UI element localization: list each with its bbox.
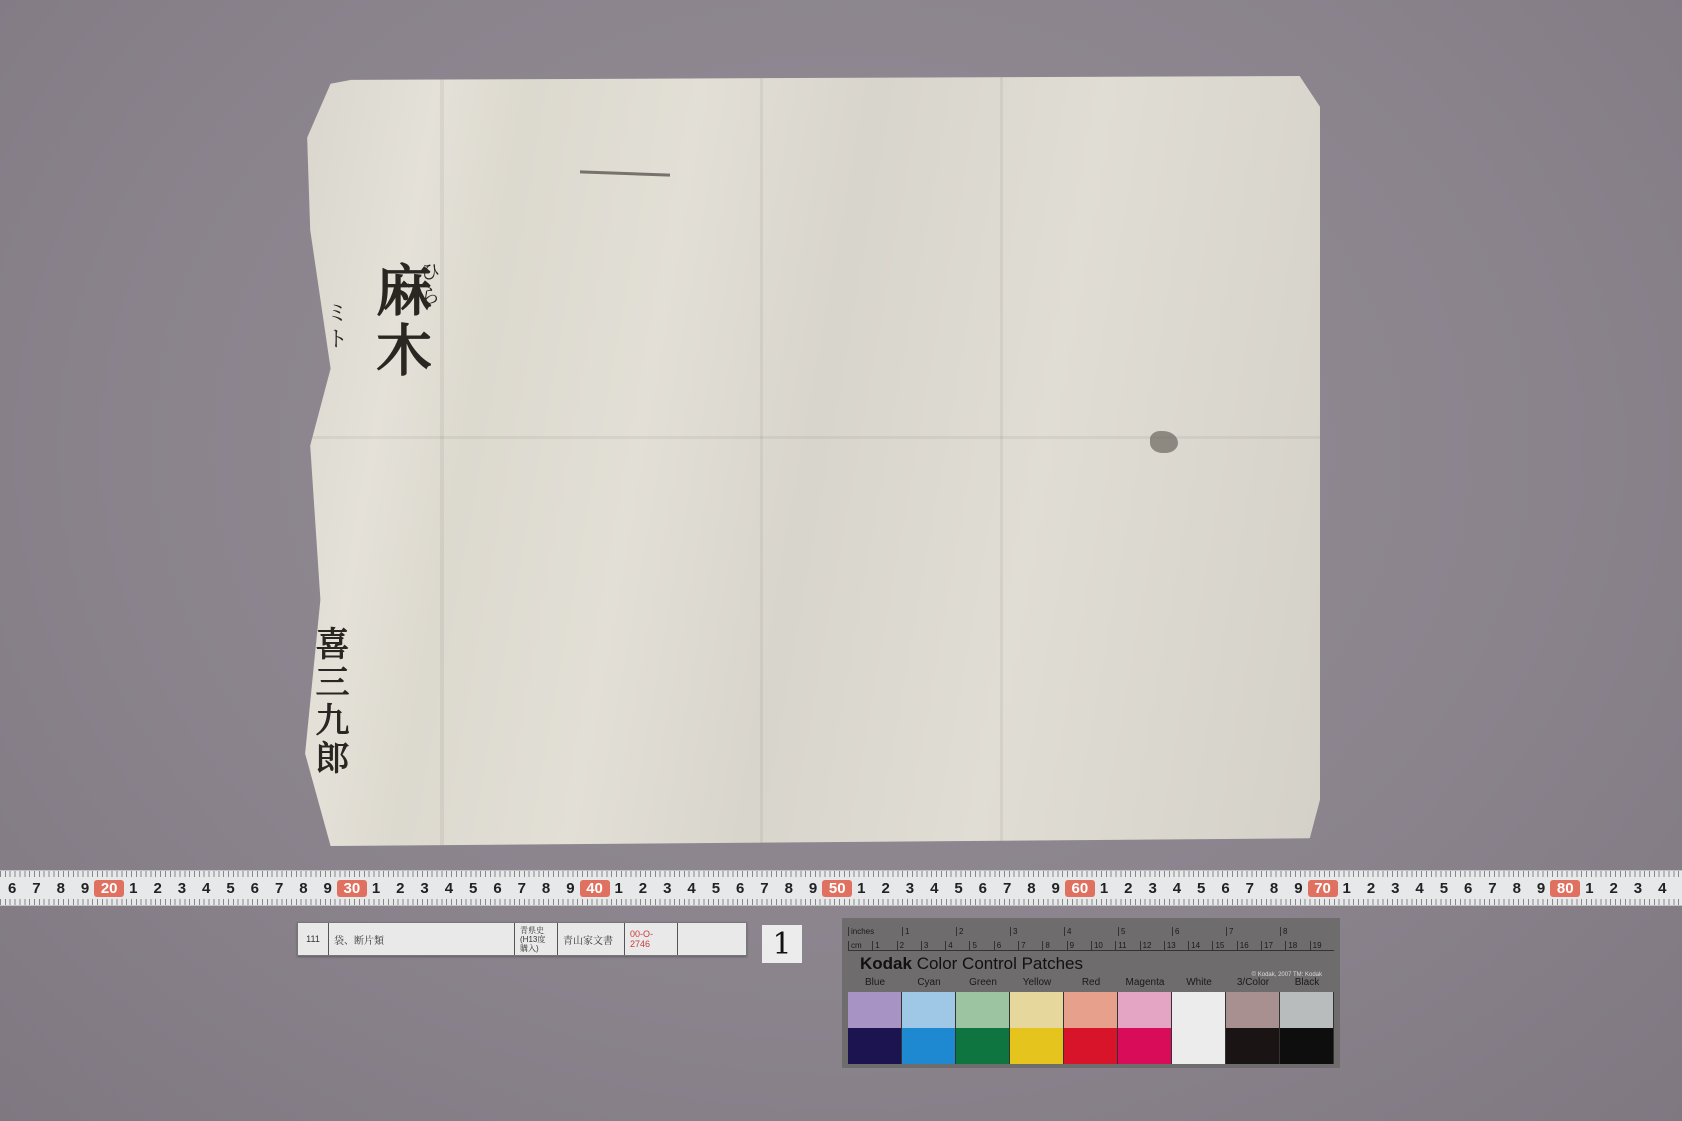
tape-tick-label: 7 xyxy=(267,880,291,897)
tape-tick-label: 70 xyxy=(1308,880,1338,897)
ruler-mark: 4 xyxy=(1064,927,1118,936)
label-blank xyxy=(678,923,746,955)
tape-tick-label: 5 xyxy=(1189,880,1213,897)
patch-name: 3/Color xyxy=(1226,977,1280,988)
ruler-mark: 13 xyxy=(1164,941,1188,950)
tape-tick-label: 2 xyxy=(1359,880,1383,897)
patch-dark xyxy=(848,1028,901,1064)
color-patch-3-color xyxy=(1226,992,1280,1064)
tape-tick-label: 8 xyxy=(49,880,73,897)
ruler-mark: 1 xyxy=(872,941,896,950)
patch-light xyxy=(1280,992,1333,1028)
ruler-mark: 4 xyxy=(945,941,969,950)
tape-tick-label: 9 xyxy=(1286,880,1310,897)
color-patch-magenta xyxy=(1118,992,1172,1064)
label-source: 青県史(H13度購入) xyxy=(515,923,558,955)
tape-tick-label: 1 xyxy=(849,880,873,897)
ruler-mark: 7 xyxy=(1018,941,1042,950)
ruler-mark: 3 xyxy=(921,941,945,950)
patch-light xyxy=(848,992,901,1028)
patch-name: Red xyxy=(1064,977,1118,988)
tape-tick-label: 3 xyxy=(898,880,922,897)
paper-stain xyxy=(1150,431,1178,453)
tape-tick-label: 5 xyxy=(704,880,728,897)
patch-light xyxy=(1064,992,1117,1028)
paper-crease xyxy=(1000,76,1003,846)
tape-tick-label: 1 xyxy=(607,880,631,897)
tape-tick-label: 8 xyxy=(534,880,558,897)
tape-tick-label: 1 xyxy=(1092,880,1116,897)
patch-dark xyxy=(956,1028,1009,1064)
patch-name: White xyxy=(1172,977,1226,988)
label-id: 00-O-2746 xyxy=(625,923,678,955)
ink-stroke-mark xyxy=(580,170,670,176)
ruler-mark: cm xyxy=(848,941,872,950)
color-patch-black xyxy=(1280,992,1334,1064)
tape-tick-label: 1 xyxy=(121,880,145,897)
tape-tick-label: 7 xyxy=(1238,880,1262,897)
patch-dark xyxy=(1010,1028,1063,1064)
tape-tick-label: 6 xyxy=(1456,880,1480,897)
color-patch-cyan xyxy=(902,992,956,1064)
tape-tick-label: 5 xyxy=(1432,880,1456,897)
ruler-mark: 8 xyxy=(1042,941,1066,950)
page-number-card: 1 xyxy=(762,925,802,963)
tape-tick-label: 60 xyxy=(1065,880,1095,897)
color-patch-white xyxy=(1172,992,1226,1064)
ruler-mark: 2 xyxy=(897,941,921,950)
patch-name: Yellow xyxy=(1010,977,1064,988)
tape-tick-label: 2 xyxy=(1602,880,1626,897)
tape-tick-label: 7 xyxy=(24,880,48,897)
tape-tick-label: 2 xyxy=(388,880,412,897)
patch-light xyxy=(1226,992,1279,1028)
tape-tick-label: 4 xyxy=(1407,880,1431,897)
tape-tick-label: 5 xyxy=(461,880,485,897)
color-patch-blue xyxy=(848,992,902,1064)
ruler-mark: 6 xyxy=(994,941,1018,950)
tape-tick-label: 8 xyxy=(1505,880,1529,897)
ruler-mark: 17 xyxy=(1261,941,1285,950)
label-collection: 青山家文書 xyxy=(558,923,625,955)
tape-tick-label: 30 xyxy=(337,880,367,897)
tape-tick-label: 2 xyxy=(631,880,655,897)
tape-tick-label: 40 xyxy=(580,880,610,897)
color-patch-red xyxy=(1064,992,1118,1064)
patch-dark xyxy=(1172,1028,1225,1064)
tape-tick-label: 1 xyxy=(364,880,388,897)
paper-crease xyxy=(760,76,763,846)
patch-light xyxy=(1010,992,1063,1028)
tape-tick-label: 1 xyxy=(1335,880,1359,897)
handwriting-small-left: ミト xyxy=(320,301,351,353)
patch-dark xyxy=(1280,1028,1333,1064)
kodak-title: Kodak Color Control Patches xyxy=(860,954,1083,974)
tape-tick-label: 3 xyxy=(655,880,679,897)
patch-light xyxy=(1172,992,1225,1028)
tape-tick-label: 5 xyxy=(218,880,242,897)
ruler-mark: 5 xyxy=(1118,927,1172,936)
ruler-mark: inches xyxy=(848,927,902,936)
patch-light xyxy=(956,992,1009,1028)
catalog-label: 111 袋、断片類 青県史(H13度購入) 青山家文書 00-O-2746 xyxy=(297,922,747,956)
tape-tick-label: 8 xyxy=(777,880,801,897)
tape-tick-label: 7 xyxy=(510,880,534,897)
tape-tick-label: 6 xyxy=(243,880,267,897)
tape-tick-label: 8 xyxy=(291,880,315,897)
tape-tick-label: 2 xyxy=(1116,880,1140,897)
tape-tick-label: 8 xyxy=(1019,880,1043,897)
kodak-title-text: Color Control Patches xyxy=(917,954,1083,973)
ruler-mark: 12 xyxy=(1140,941,1164,950)
ruler-mark: 14 xyxy=(1188,941,1212,950)
tape-tick-label: 20 xyxy=(94,880,124,897)
tape-tick-label: 6 xyxy=(1213,880,1237,897)
tape-tick-label: 6 xyxy=(971,880,995,897)
patch-names: BlueCyanGreenYellowRedMagentaWhite3/Colo… xyxy=(848,977,1334,988)
patch-name: Magenta xyxy=(1118,977,1172,988)
ruler-mark: 19 xyxy=(1310,941,1334,950)
label-title: 袋、断片類 xyxy=(329,923,515,955)
kodak-ruler: inches12345678 cm12345678910111213141516… xyxy=(848,922,1334,951)
tape-tick-label: 9 xyxy=(558,880,582,897)
tape-tick-label: 1 xyxy=(1577,880,1601,897)
patch-name: Green xyxy=(956,977,1010,988)
kodak-brand: Kodak xyxy=(860,954,912,973)
ruler-mark: 3 xyxy=(1010,927,1064,936)
patch-name: Black xyxy=(1280,977,1334,988)
handwriting-signature: 喜三九郎 xyxy=(305,626,354,778)
color-patch-yellow xyxy=(1010,992,1064,1064)
handwriting-main: 麻木 xyxy=(360,261,440,381)
tape-tick-label: 3 xyxy=(1626,880,1650,897)
ruler-mark: 16 xyxy=(1237,941,1261,950)
ruler-mark: 8 xyxy=(1280,927,1334,936)
tape-tick-label: 8 xyxy=(1262,880,1286,897)
tape-tick-label: 6 xyxy=(0,880,24,897)
patch-light xyxy=(1118,992,1171,1028)
tape-tick-label: 4 xyxy=(922,880,946,897)
patch-dark xyxy=(1118,1028,1171,1064)
patch-dark xyxy=(902,1028,955,1064)
tape-tick-label: 7 xyxy=(1480,880,1504,897)
tape-tick-label: 4 xyxy=(679,880,703,897)
tape-tick-label: 3 xyxy=(170,880,194,897)
paper-crease xyxy=(440,76,444,846)
patch-dark xyxy=(1064,1028,1117,1064)
kodak-color-card: inches12345678 cm12345678910111213141516… xyxy=(842,918,1340,1068)
tape-tick-label: 4 xyxy=(194,880,218,897)
tape-tick-label: 7 xyxy=(752,880,776,897)
tape-measure: 6789201234567893012345678940123456789501… xyxy=(0,870,1682,906)
tape-tick-label: 3 xyxy=(412,880,436,897)
tape-tick-label: 4 xyxy=(1650,880,1674,897)
patch-name: Cyan xyxy=(902,977,956,988)
tape-tick-label: 3 xyxy=(1140,880,1164,897)
cm-scale: cm12345678910111213141516171819 xyxy=(848,936,1334,950)
tape-tick-label: 2 xyxy=(145,880,169,897)
ruler-mark: 11 xyxy=(1115,941,1139,950)
inch-scale: inches12345678 xyxy=(848,922,1334,936)
tape-tick-label: 6 xyxy=(728,880,752,897)
tape-tick-label: 5 xyxy=(946,880,970,897)
ruler-mark: 10 xyxy=(1091,941,1115,950)
tape-tick-label: 80 xyxy=(1550,880,1580,897)
ruler-mark: 6 xyxy=(1172,927,1226,936)
ruler-mark: 15 xyxy=(1212,941,1236,950)
patch-light xyxy=(902,992,955,1028)
label-number: 111 xyxy=(298,923,329,955)
tape-tick-label: 50 xyxy=(822,880,852,897)
ruler-mark: 1 xyxy=(902,927,956,936)
patch-dark xyxy=(1226,1028,1279,1064)
patch-name: Blue xyxy=(848,977,902,988)
tape-tick-label: 4 xyxy=(1165,880,1189,897)
tape-tick-label: 7 xyxy=(995,880,1019,897)
ruler-mark: 2 xyxy=(956,927,1010,936)
color-patches xyxy=(848,992,1334,1064)
tape-tick-label: 3 xyxy=(1383,880,1407,897)
ruler-mark: 18 xyxy=(1285,941,1309,950)
historical-document-paper: ひら 麻木 ミト 喜三九郎 xyxy=(300,76,1320,846)
color-patch-green xyxy=(956,992,1010,1064)
ruler-mark: 5 xyxy=(969,941,993,950)
tape-tick-label: 4 xyxy=(437,880,461,897)
tape-tick-label: 6 xyxy=(485,880,509,897)
ruler-mark: 7 xyxy=(1226,927,1280,936)
ruler-mark: 9 xyxy=(1067,941,1091,950)
tape-tick-label: 2 xyxy=(874,880,898,897)
